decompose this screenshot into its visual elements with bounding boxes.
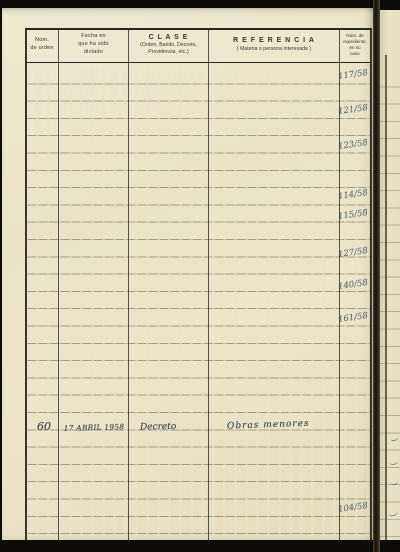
header-cell-expediente: Núm. de expediente, en su caso	[340, 30, 370, 60]
header-cell-num-orden: Núm. de orden	[26, 30, 58, 60]
entry-clase: Decreto	[140, 421, 200, 432]
header-referencia-title: R E F E R E N C I A	[233, 37, 315, 45]
entry-num-orden: 60	[30, 420, 58, 433]
header-cell-referencia: R E F E R E N C I A ( Materia o persona …	[209, 30, 339, 60]
entry-fecha: 17 ABRIL 1958	[60, 422, 128, 433]
ledger-page: Núm. de orden Fecha en que ha sido dicta…	[2, 8, 373, 540]
adjacent-page-ruled-lines	[380, 70, 400, 540]
header-referencia-subtitle: ( Materia o persona interesada )	[237, 46, 311, 53]
column-divider-3	[208, 28, 209, 540]
scanned-ledger-sheet: Núm. de orden Fecha en que ha sido dicta…	[0, 0, 400, 552]
column-divider-2	[128, 28, 129, 540]
header-cell-fecha: Fecha en que ha sido dictado	[59, 30, 128, 60]
header-cell-clase: C L A S E (Orden, Bando, Decreto, Provid…	[129, 30, 208, 60]
adjacent-page-edge	[380, 10, 400, 540]
header-clase-title: C L A S E	[149, 34, 189, 42]
table-border-left	[25, 28, 27, 540]
header-clase-subtitle: (Orden, Bando, Decreto, Providencia, etc…	[140, 42, 197, 56]
table-ruled-lines	[25, 67, 371, 537]
book-spine-gutter	[373, 0, 380, 552]
column-divider-1	[58, 28, 59, 540]
